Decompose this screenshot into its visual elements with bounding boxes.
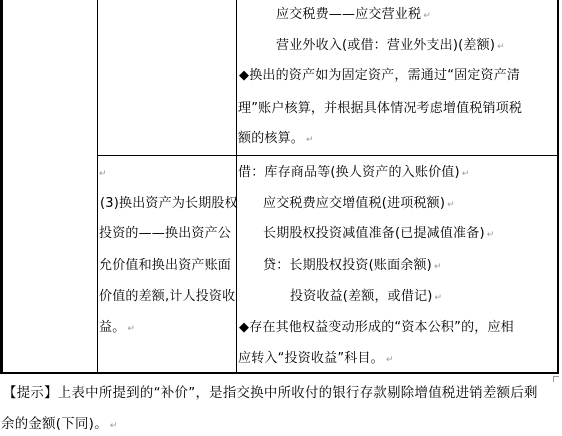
entry-line: 应交税费应交增值税(进项税额)↵	[263, 196, 455, 213]
text-boundary-mark	[553, 376, 559, 382]
entry-line: 长期股权投资减值准备(已提减值准备)↵	[263, 226, 495, 243]
description-line: 投资的——换出资产公	[99, 226, 231, 242]
entry-line: 应交税费——应交营业税↵	[276, 7, 431, 24]
paragraph-mark-icon: ↵	[434, 262, 442, 272]
entry-line: 额的核算。↵	[238, 131, 314, 148]
tip-note-line: 余的金额(下同)。↵	[1, 417, 118, 434]
description-line: ↵	[99, 165, 107, 182]
row-divider	[97, 155, 559, 156]
description-line: 价值的差额,计人投资收	[99, 289, 235, 305]
tip-note-line: 【提示】上表中所提到的“补价”，是指交换中所收付的银行存款剔除增值税进销差额后剩	[3, 386, 538, 402]
table-left-border	[0, 0, 3, 374]
accounting-table: 应交税费——应交营业税↵ 营业外收入(或借：营业外支出)(差额)↵ ◆换出的资产…	[0, 0, 560, 374]
paragraph-mark-icon: ↵	[386, 355, 394, 365]
paragraph-mark-icon: ↵	[110, 421, 118, 431]
paragraph-mark-icon: ↵	[99, 169, 107, 179]
entry-line: 贷：长期股权投资(账面余额)↵	[263, 258, 442, 275]
entry-line: 营业外收入(或借：营业外支出)(差额)↵	[276, 38, 505, 55]
paragraph-mark-icon: ↵	[487, 230, 495, 240]
paragraph-mark-icon: ↵	[127, 324, 135, 334]
entry-line: ◆存在其他权益变动形成的“资本公积”的，应相	[239, 320, 514, 336]
paragraph-mark-icon: ↵	[462, 169, 470, 179]
entry-line: ◆换出的资产如为固定资产，需通过“固定资产清	[239, 68, 520, 84]
description-line: (3)换出资产为长期股权	[100, 196, 238, 212]
column-divider-2	[236, 0, 237, 373]
entry-line: 理”账户核算，并根据具体情况考虑增值税销项税	[238, 101, 522, 117]
entry-line: 借：库存商品等(换人资产的入账价值)↵	[238, 165, 470, 182]
table-bottom-border	[0, 372, 559, 374]
description-line: 允价值和换出资产账面	[99, 258, 231, 274]
column-divider-1	[97, 0, 98, 373]
paragraph-mark-icon: ↵	[423, 11, 431, 21]
description-line: 益。↵	[99, 320, 135, 337]
paragraph-mark-icon: ↵	[447, 200, 455, 210]
paragraph-mark-icon: ↵	[306, 135, 314, 145]
paragraph-mark-icon: ↵	[435, 293, 443, 303]
entry-line: 应转入“投资收益”科目。↵	[238, 351, 394, 368]
table-right-border	[557, 0, 559, 374]
entry-line: 投资收益(差额，或借记)↵	[290, 289, 442, 306]
paragraph-mark-icon: ↵	[497, 42, 505, 52]
